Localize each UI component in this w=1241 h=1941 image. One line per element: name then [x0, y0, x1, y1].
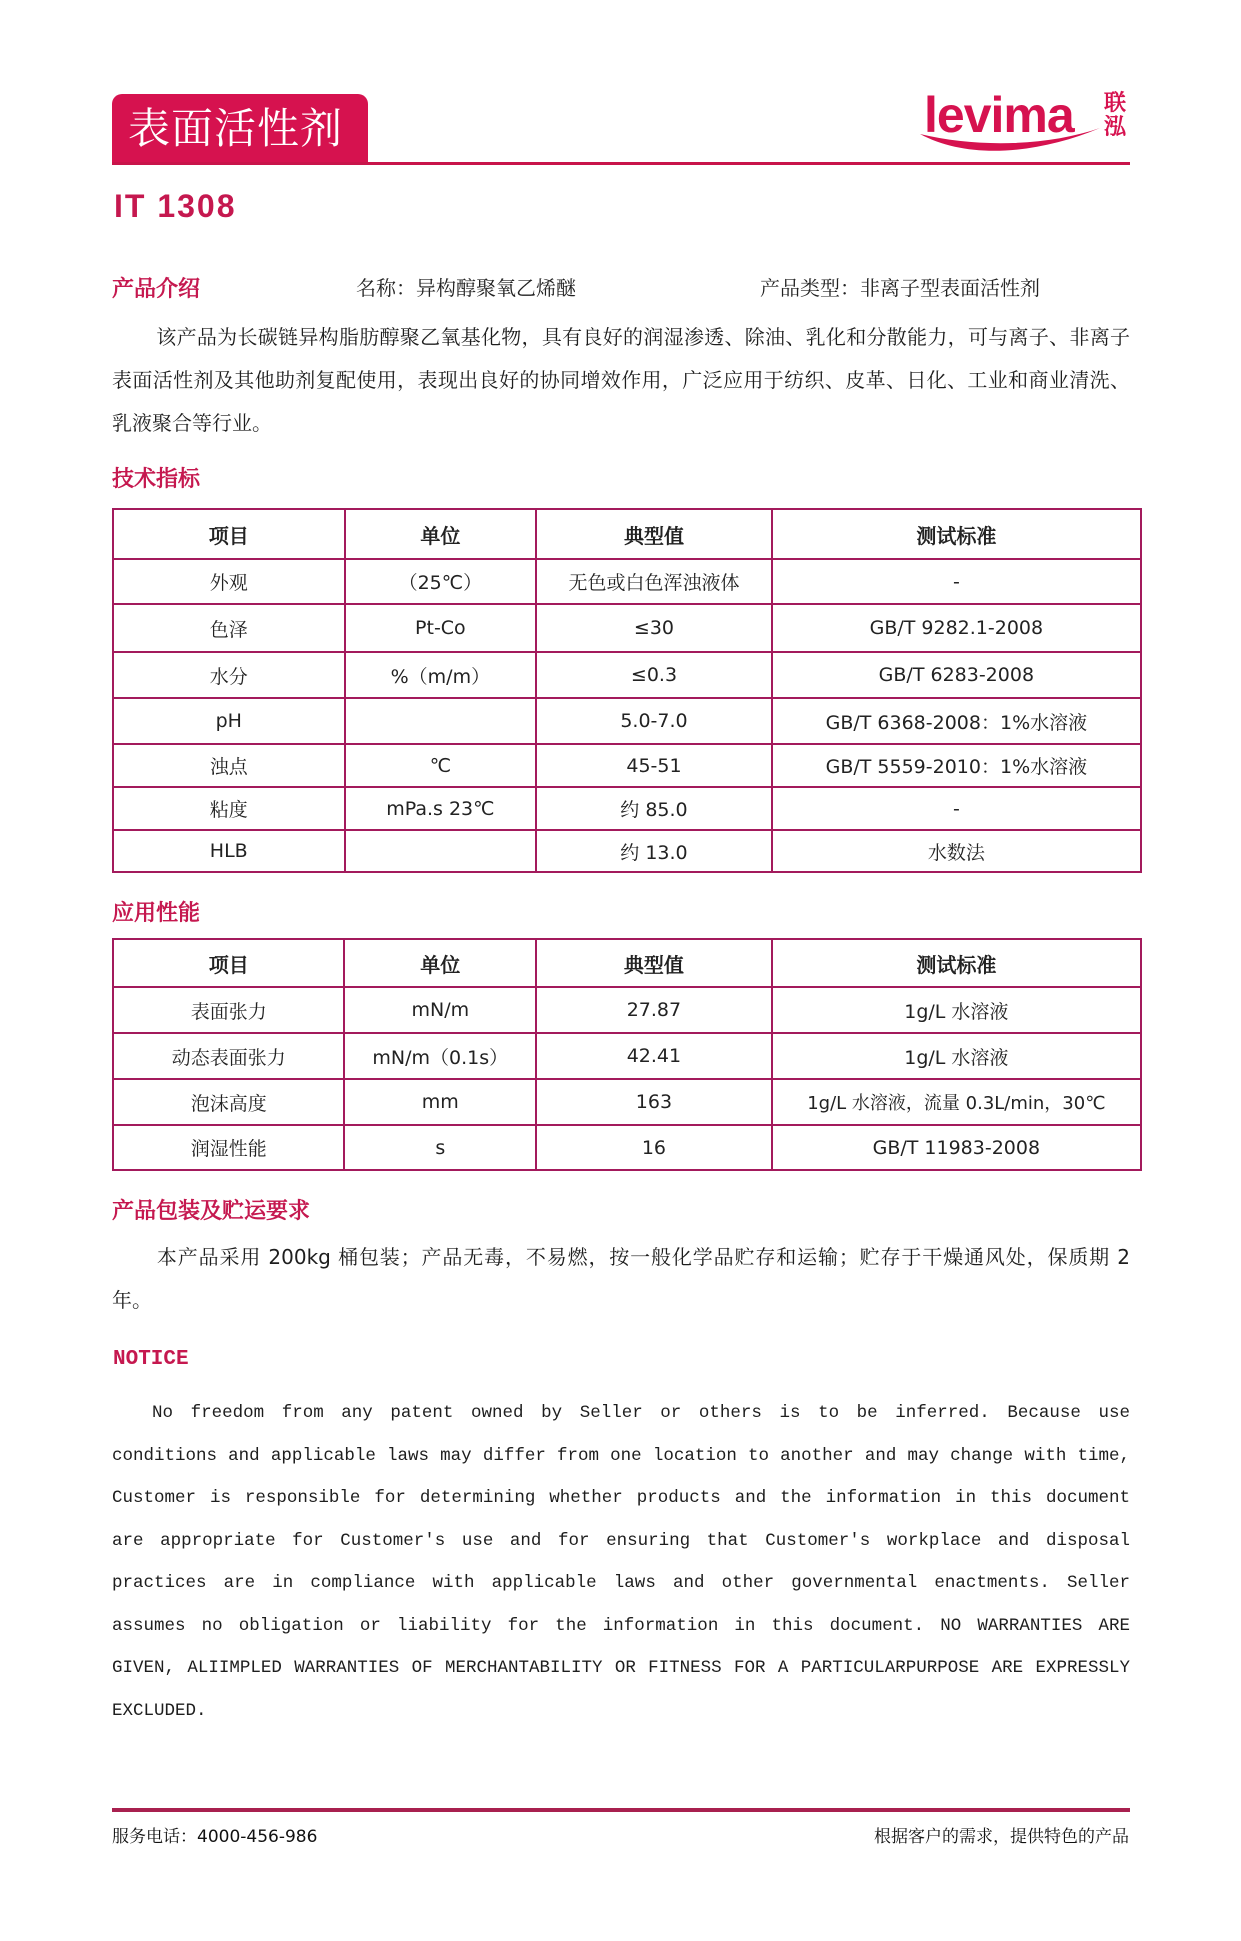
cell: ℃	[345, 744, 537, 787]
table-row: 泡沫高度 mm 163 1g/L 水溶液，流量 0.3L/min，30℃	[113, 1079, 1141, 1125]
col-header-unit: 单位	[344, 939, 536, 987]
table-row: 水分 %（m/m） ≤0.3 GB/T 6283-2008	[113, 652, 1141, 698]
intro-paragraph: 该产品为长碳链异构脂肪醇聚乙氧基化物，具有良好的润湿渗透、除油、乳化和分散能力，…	[112, 316, 1130, 445]
notice-title: NOTICE	[113, 1348, 189, 1371]
packaging-text: 本产品采用 200kg 桶包装；产品无毒，不易燃，按一般化学品贮存和运输；贮存于…	[112, 1245, 1130, 1312]
cell: ≤30	[536, 604, 772, 652]
cell: pH	[113, 698, 345, 744]
cell: mN/m	[344, 987, 536, 1033]
col-header-standard: 测试标准	[772, 509, 1141, 559]
cell: 表面张力	[113, 987, 344, 1033]
footer-slogan: 根据客户的需求，提供特色的产品	[874, 1822, 1129, 1847]
cell: 45-51	[536, 744, 772, 787]
cell: -	[772, 559, 1141, 604]
brand-logo: levima 联泓	[918, 86, 1138, 156]
cell: 163	[536, 1079, 772, 1125]
cell: mm	[344, 1079, 536, 1125]
cell: 浊点	[113, 744, 345, 787]
table-header-row: 项目 单位 典型值 测试标准	[113, 509, 1141, 559]
cell: 色泽	[113, 604, 345, 652]
header-divider	[112, 162, 1130, 165]
service-phone: 服务电话：4000-456-986	[112, 1822, 317, 1847]
table-row: 色泽 Pt-Co ≤30 GB/T 9282.1-2008	[113, 604, 1141, 652]
cell: GB/T 11983-2008	[772, 1125, 1141, 1170]
footer-divider	[112, 1808, 1130, 1812]
table-header-row: 项目 单位 典型值 测试标准	[113, 939, 1141, 987]
table-row: pH 5.0-7.0 GB/T 6368-2008：1%水溶液	[113, 698, 1141, 744]
col-header-standard: 测试标准	[772, 939, 1141, 987]
cell: 水数法	[772, 830, 1141, 872]
cell: 水分	[113, 652, 345, 698]
table-row: 粘度 mPa.s 23℃ 约 85.0 -	[113, 787, 1141, 830]
cell: 27.87	[536, 987, 772, 1033]
col-header-typical: 典型值	[536, 939, 772, 987]
cell: 约 85.0	[536, 787, 772, 830]
col-header-unit: 单位	[345, 509, 537, 559]
cell: %（m/m）	[345, 652, 537, 698]
cell	[345, 698, 537, 744]
table-row: 动态表面张力 mN/m（0.1s） 42.41 1g/L 水溶液	[113, 1033, 1141, 1079]
cell: GB/T 5559-2010：1%水溶液	[772, 744, 1141, 787]
col-header-item: 项目	[113, 509, 345, 559]
section-title-tech-specs: 技术指标	[112, 462, 200, 493]
cell: 粘度	[113, 787, 345, 830]
table-row: 润湿性能 s 16 GB/T 11983-2008	[113, 1125, 1141, 1170]
notice-text: No freedom from any patent owned by Sell…	[112, 1403, 1130, 1721]
logo-chinese: 联泓	[1104, 92, 1134, 140]
cell: GB/T 9282.1-2008	[772, 604, 1141, 652]
notice-paragraph: No freedom from any patent owned by Sell…	[112, 1392, 1130, 1732]
cell	[345, 830, 537, 872]
cell: 42.41	[536, 1033, 772, 1079]
logo-wordmark: levima	[924, 86, 1074, 144]
category-tab: 表面活性剂	[112, 94, 368, 164]
cell: mPa.s 23℃	[345, 787, 537, 830]
cell: GB/T 6283-2008	[772, 652, 1141, 698]
cell: mN/m（0.1s）	[344, 1033, 536, 1079]
table-row: 浊点 ℃ 45-51 GB/T 5559-2010：1%水溶液	[113, 744, 1141, 787]
cell: HLB	[113, 830, 345, 872]
cell: 润湿性能	[113, 1125, 344, 1170]
section-title-intro: 产品介绍	[112, 272, 200, 303]
cell: 5.0-7.0	[536, 698, 772, 744]
cell: 外观	[113, 559, 345, 604]
cell: 1g/L 水溶液，流量 0.3L/min，30℃	[772, 1079, 1141, 1125]
cell: 1g/L 水溶液	[772, 987, 1141, 1033]
cell: s	[344, 1125, 536, 1170]
cell: GB/T 6368-2008：1%水溶液	[772, 698, 1141, 744]
cell: 1g/L 水溶液	[772, 1033, 1141, 1079]
table-row: HLB 约 13.0 水数法	[113, 830, 1141, 872]
product-name: 名称：异构醇聚氧乙烯醚	[356, 272, 576, 301]
cell: 动态表面张力	[113, 1033, 344, 1079]
tech-specs-table: 项目 单位 典型值 测试标准 外观 （25℃） 无色或白色浑浊液体 - 色泽 P…	[112, 508, 1142, 873]
packaging-paragraph: 本产品采用 200kg 桶包装；产品无毒，不易燃，按一般化学品贮存和运输；贮存于…	[112, 1236, 1130, 1322]
cell: （25℃）	[345, 559, 537, 604]
cell: Pt-Co	[345, 604, 537, 652]
section-title-packaging: 产品包装及贮运要求	[112, 1194, 310, 1225]
product-type: 产品类型：非离子型表面活性剂	[760, 272, 1040, 301]
table-row: 外观 （25℃） 无色或白色浑浊液体 -	[113, 559, 1141, 604]
table-row: 表面张力 mN/m 27.87 1g/L 水溶液	[113, 987, 1141, 1033]
section-title-application: 应用性能	[112, 896, 200, 927]
cell: 约 13.0	[536, 830, 772, 872]
col-header-typical: 典型值	[536, 509, 772, 559]
application-table: 项目 单位 典型值 测试标准 表面张力 mN/m 27.87 1g/L 水溶液 …	[112, 938, 1142, 1171]
cell: 16	[536, 1125, 772, 1170]
intro-text: 该产品为长碳链异构脂肪醇聚乙氧基化物，具有良好的润湿渗透、除油、乳化和分散能力，…	[112, 325, 1130, 435]
cell: ≤0.3	[536, 652, 772, 698]
cell: 无色或白色浑浊液体	[536, 559, 772, 604]
cell: -	[772, 787, 1141, 830]
cell: 泡沫高度	[113, 1079, 344, 1125]
product-code: IT 1308	[114, 188, 237, 225]
col-header-item: 项目	[113, 939, 344, 987]
